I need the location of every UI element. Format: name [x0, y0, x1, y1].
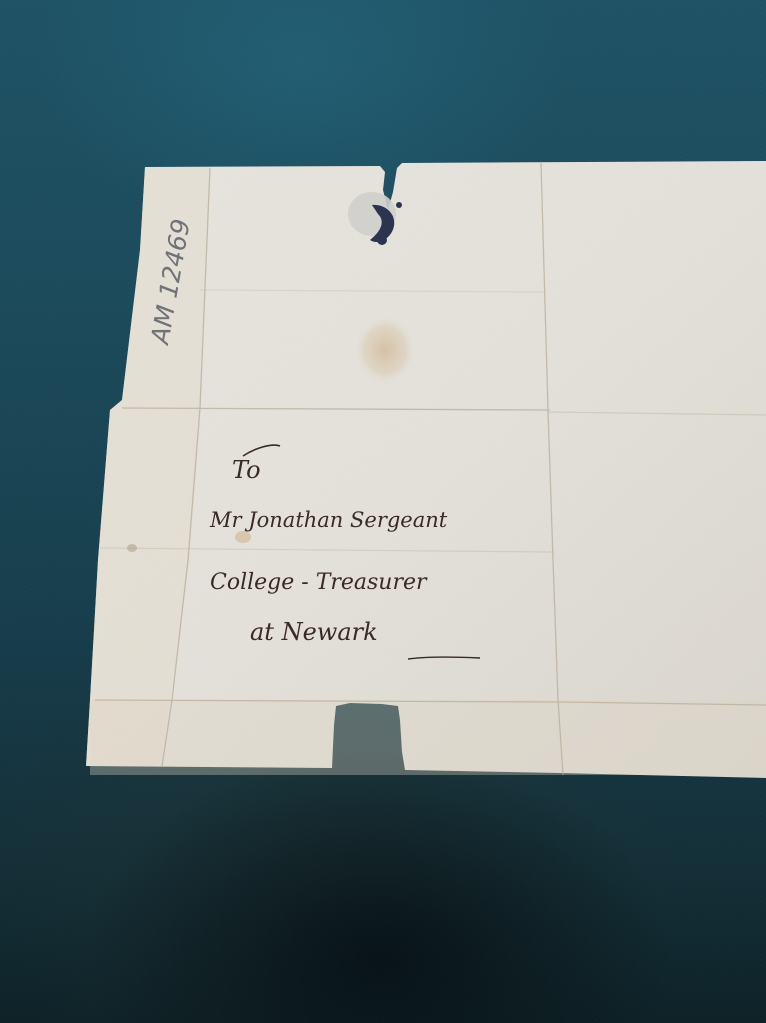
stain	[355, 316, 415, 384]
letter-sheet	[0, 0, 766, 1023]
